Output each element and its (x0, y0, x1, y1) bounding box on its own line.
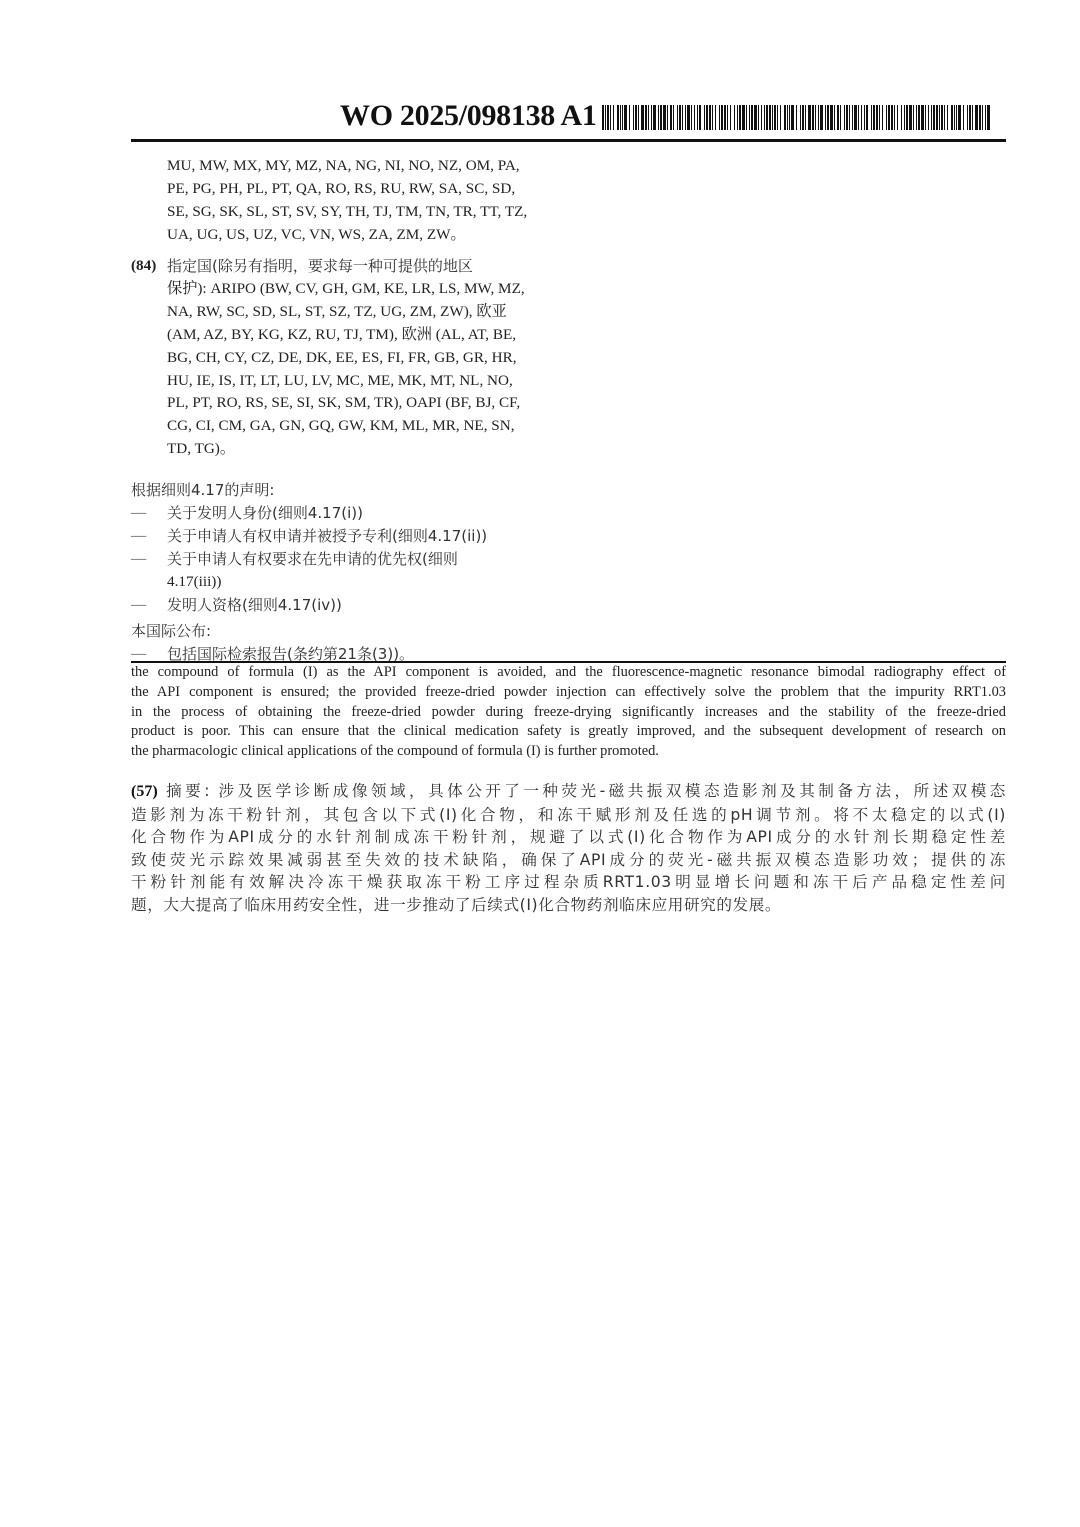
declaration-item: — 关于发明人身份(细则4.17(i)) (131, 502, 581, 525)
regional-line: 保护): ARIPO (BW, CV, GH, GM, KE, LR, LS, … (131, 278, 561, 301)
abstract-line: 题，大大提高了临床用药安全性，进一步推动了后续式(I)化合物药剂临床应用研究的发… (131, 894, 1006, 917)
regional-line: TD, TG)。 (131, 438, 561, 461)
regional-line: 指定国(除另有指明，要求每一种可提供的地区 (131, 255, 561, 278)
dash-bullet: — (131, 548, 167, 571)
abstract-line: the compound of formula (I) as the API c… (131, 663, 1006, 683)
country-line: PE, PG, PH, PL, PT, QA, RO, RS, RU, RW, … (167, 178, 557, 201)
designated-states-national-continued: MU, MW, MX, MY, MZ, NA, NG, NI, NO, NZ, … (167, 155, 557, 247)
regional-line: BG, CH, CY, CZ, DE, DK, EE, ES, FI, FR, … (131, 347, 561, 370)
header-rule (131, 139, 1006, 142)
dash-bullet: — (131, 594, 167, 617)
dash-bullet: — (131, 525, 167, 548)
barcode-icon (602, 105, 990, 130)
patent-page: WO 2025/098138 A1 MU, MW, MX, MY, MZ, NA… (0, 0, 1080, 1527)
abstract-line: 造影剂为冻干粉针剂，其包含以下式(I)化合物，和冻干赋形剂及任选的pH调节剂。将… (131, 804, 1006, 827)
declaration-text: 发明人资格(细则4.17(iv)) (167, 594, 342, 617)
abstract-line: in the process of obtaining the freeze-d… (131, 703, 1006, 723)
inid-code-84: (84) (131, 255, 156, 278)
declaration-item: — 发明人资格(细则4.17(iv)) (131, 594, 581, 617)
declaration-text: 关于申请人有权申请并被授予专利(细则4.17(ii)) (167, 525, 487, 548)
publication-info: 本国际公布: — 包括国际检索报告(条约第21条(3))。 (131, 620, 581, 666)
declaration-text: 关于申请人有权要求在先申请的优先权(细则 (167, 548, 458, 571)
regional-line: CG, CI, CM, GA, GN, GQ, GW, KM, ML, MR, … (131, 415, 561, 438)
page-header: WO 2025/098138 A1 (340, 98, 597, 134)
declarations-title: 根据细则4.17的声明: (131, 479, 581, 502)
designated-states-regional: (84) 指定国(除另有指明，要求每一种可提供的地区 保护): ARIPO (B… (131, 255, 561, 461)
declaration-item: — 关于申请人有权申请并被授予专利(细则4.17(ii)) (131, 525, 581, 548)
abstract-line: 干粉针剂能有效解决冷冻干燥获取冻干粉工序过程杂质RRT1.03明显增长问题和冻干… (131, 871, 1006, 894)
publication-number: WO 2025/098138 A1 (340, 99, 597, 133)
abstract-line: (57) 摘要: 涉及医学诊断成像领域，具体公开了一种荧光-磁共振双模态造影剂及… (131, 780, 1006, 804)
regional-line: PL, PT, RO, RS, SE, SI, SK, SM, TR), OAP… (131, 392, 561, 415)
country-line: MU, MW, MX, MY, MZ, NA, NG, NI, NO, NZ, … (167, 155, 557, 178)
regional-line: (AM, AZ, BY, KG, KZ, RU, TJ, TM), 欧洲 (AL… (131, 324, 561, 347)
abstract-text: 摘要: 涉及医学诊断成像领域，具体公开了一种荧光-磁共振双模态造影剂及其制备方法… (166, 782, 1006, 800)
regional-line: NA, RW, SC, SD, SL, ST, SZ, TZ, UG, ZM, … (131, 301, 561, 324)
declarations-rule-4-17: 根据细则4.17的声明: — 关于发明人身份(细则4.17(i)) — 关于申请… (131, 479, 581, 616)
abstract-line: product is poor. This can ensure that th… (131, 722, 1006, 742)
dash-bullet: — (131, 502, 167, 525)
country-line: UA, UG, US, UZ, VC, VN, WS, ZA, ZM, ZW。 (167, 224, 557, 247)
publication-title: 本国际公布: (131, 620, 581, 643)
declaration-item: — 关于申请人有权要求在先申请的优先权(细则 (131, 548, 581, 571)
abstract-line: the pharmacologic clinical applications … (131, 742, 1006, 762)
declaration-continuation: 4.17(iii)) (131, 571, 581, 594)
abstract-line: the API component is ensured; the provid… (131, 683, 1006, 703)
regional-line: HU, IE, IS, IT, LT, LU, LV, MC, ME, MK, … (131, 370, 561, 393)
abstract-line: 化合物作为API成分的水针剂制成冻干粉针剂，规避了以式(I)化合物作为API成分… (131, 826, 1006, 849)
chinese-abstract: (57) 摘要: 涉及医学诊断成像领域，具体公开了一种荧光-磁共振双模态造影剂及… (131, 780, 1006, 917)
declaration-text: 关于发明人身份(细则4.17(i)) (167, 502, 363, 525)
country-line: SE, SG, SK, SL, ST, SV, SY, TH, TJ, TM, … (167, 201, 557, 224)
inid-code-57: (57) (131, 783, 158, 800)
english-abstract-continued: the compound of formula (I) as the API c… (131, 663, 1006, 762)
abstract-line: 致使荧光示踪效果减弱甚至失效的技术缺陷，确保了API成分的荧光-磁共振双模态造影… (131, 849, 1006, 872)
